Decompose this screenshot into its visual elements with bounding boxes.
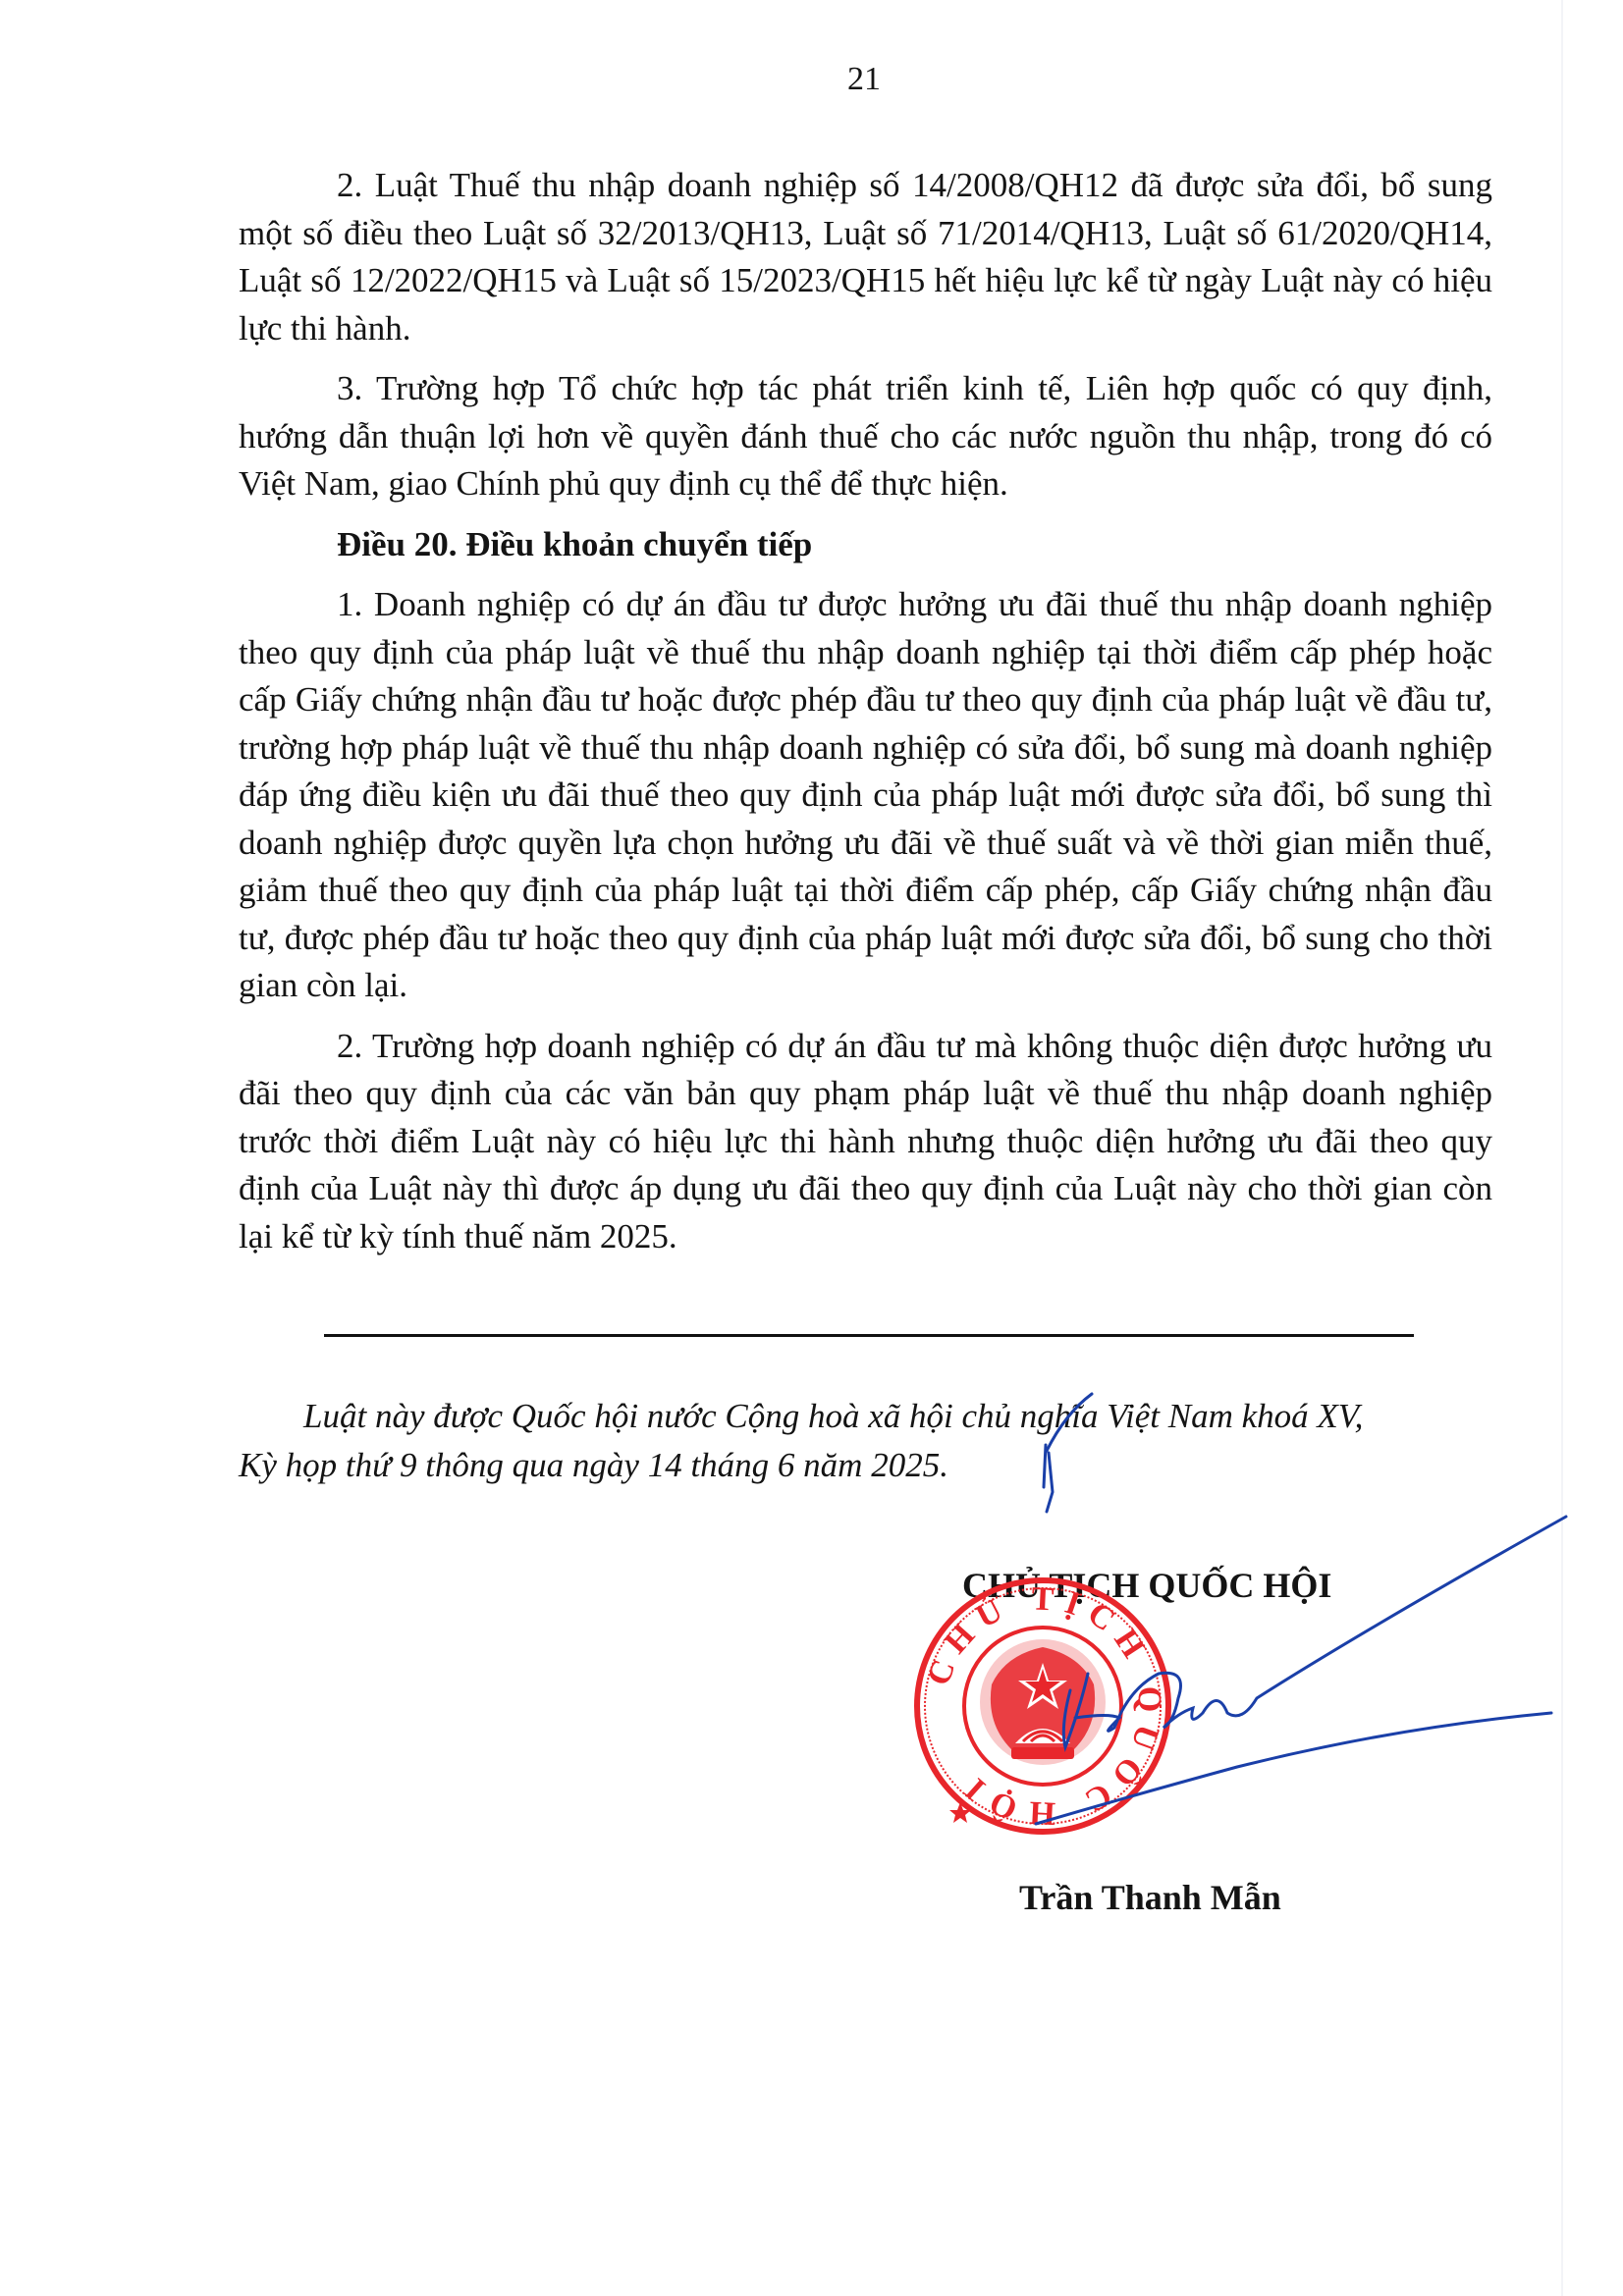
adoption-statement: Luật này được Quốc hội nước Cộng hoà xã …: [239, 1392, 1505, 1490]
adoption-line-2: Kỳ họp thứ 9 thông qua ngày 14 tháng 6 n…: [239, 1441, 1505, 1490]
article-20-heading: Điều 20. Điều khoản chuyển tiếp: [239, 521, 1492, 569]
horizontal-rule: [324, 1334, 1414, 1337]
paragraph-art19-clause2: 2. Luật Thuế thu nhập doanh nghiệp số 14…: [239, 162, 1492, 352]
page-number: 21: [0, 61, 1623, 98]
signatory-name: Trần Thanh Mẫn: [1019, 1877, 1281, 1918]
document-body: 2. Luật Thuế thu nhập doanh nghiệp số 14…: [239, 162, 1492, 1260]
paragraph-art19-clause3: 3. Trường hợp Tổ chức hợp tác phát triển…: [239, 365, 1492, 508]
article-20-clause-2: 2. Trường hợp doanh nghiệp có dự án đầu …: [239, 1023, 1492, 1261]
adoption-line-1: Luật này được Quốc hội nước Cộng hoà xã …: [239, 1392, 1505, 1441]
scan-edge: [1561, 0, 1563, 2296]
official-seal-icon: CHỦ TỊCH QUỐC HỘI: [913, 1576, 1172, 1836]
article-20-clause-1: 1. Doanh nghiệp có dự án đầu tư được hưở…: [239, 581, 1492, 1010]
